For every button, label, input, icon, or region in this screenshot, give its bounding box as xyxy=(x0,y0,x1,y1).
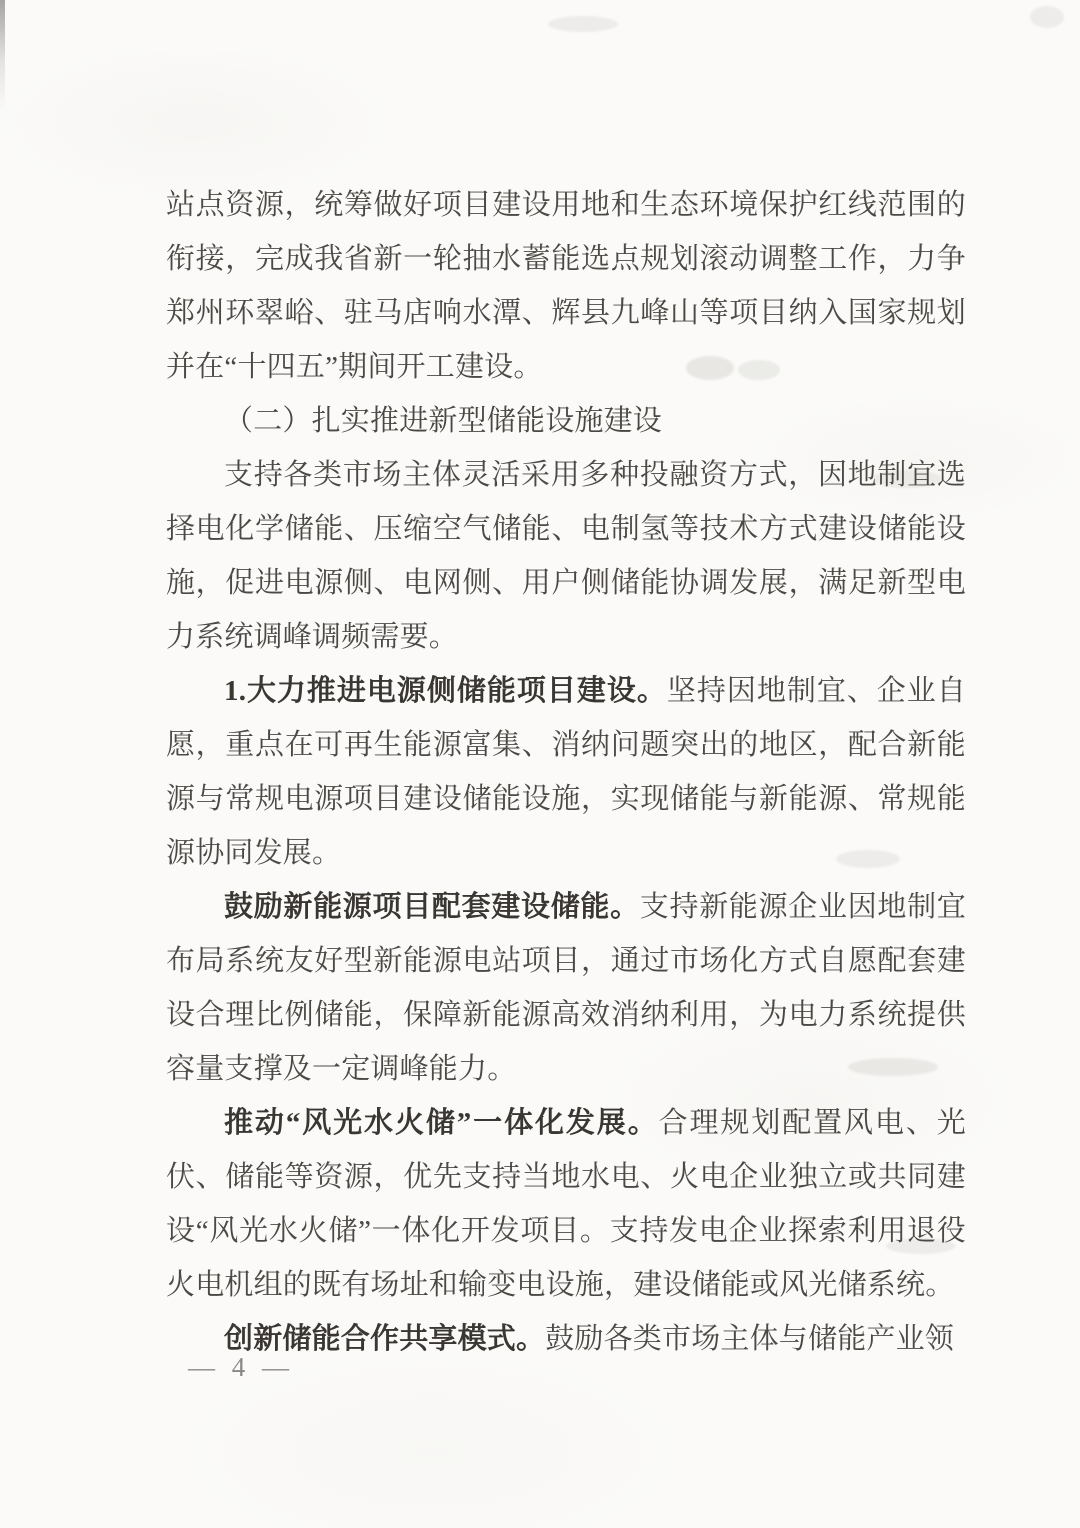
scan-smudge xyxy=(1030,6,1064,28)
paragraph: 鼓励新能源项目配套建设储能。支持新能源企业因地制宜布局系统友好型新能源电站项目，… xyxy=(166,880,966,1096)
paragraph-continuation: 站点资源，统筹做好项目建设用地和生态环境保护红线范围的衔接，完成我省新一轮抽水蓄… xyxy=(166,178,966,394)
paragraph: 1.大力推进电源侧储能项目建设。坚持因地制宜、企业自愿，重点在可再生能源富集、消… xyxy=(166,664,966,880)
document-text-block: 站点资源，统筹做好项目建设用地和生态环境保护红线范围的衔接，完成我省新一轮抽水蓄… xyxy=(166,178,966,1366)
paragraph: 推动“风光水火储”一体化发展。合理规划配置风电、光伏、储能等资源，优先支持当地水… xyxy=(166,1096,966,1312)
scan-edge-shadow xyxy=(0,0,5,110)
paragraph-lead: 推动“风光水火储”一体化发展。 xyxy=(224,1107,659,1139)
section-heading: （二）扎实推进新型储能设施建设 xyxy=(166,394,966,448)
paragraph-lead: 1.大力推进电源侧储能项目建设。 xyxy=(224,675,667,707)
page-number: — 4 — xyxy=(188,1352,294,1383)
paragraph-lead: 鼓励新能源项目配套建设储能。 xyxy=(224,891,640,923)
scan-smudge xyxy=(548,16,618,32)
scanned-document-page: { "document": { "paragraphs": [ { "text"… xyxy=(0,0,1080,1528)
paragraph: 支持各类市场主体灵活采用多种投融资方式，因地制宜选择电化学储能、压缩空气储能、电… xyxy=(166,448,966,664)
paragraph-lead: 创新储能合作共享模式。 xyxy=(224,1323,545,1355)
paragraph-text: 鼓励各类市场主体与储能产业领 xyxy=(545,1323,954,1355)
